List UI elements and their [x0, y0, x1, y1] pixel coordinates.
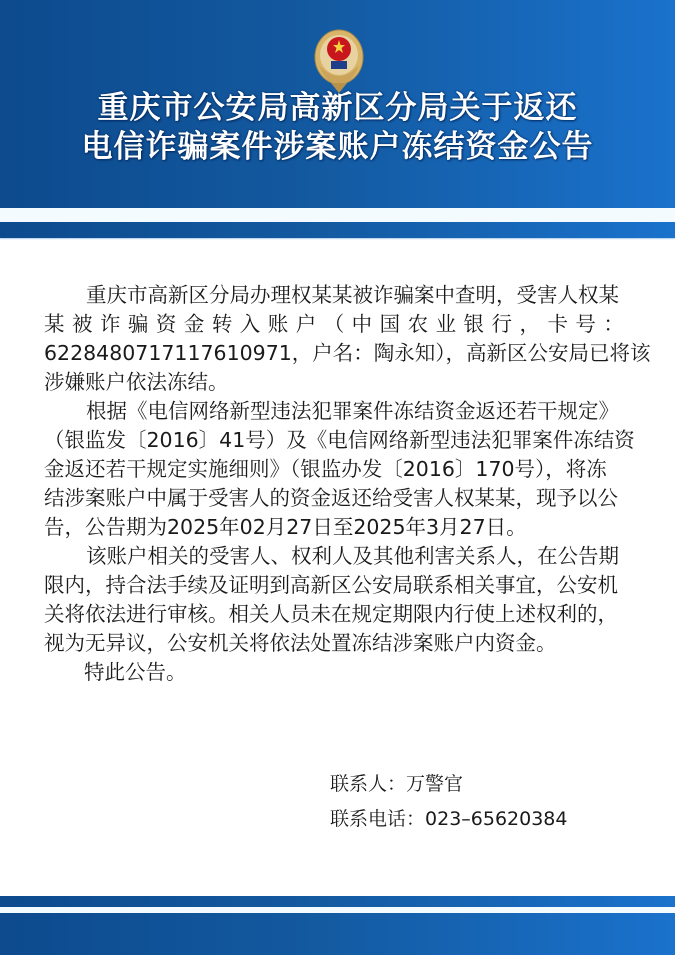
- announcement-title-line2: 电信诈骗案件涉案账户冻结资金公告: [0, 129, 675, 165]
- divider-stripe: [0, 896, 675, 907]
- divider-stripe: [0, 208, 675, 222]
- text-char: 某: [44, 310, 65, 339]
- text-char: 骗: [128, 310, 149, 339]
- text-char: 国: [380, 310, 401, 339]
- text-char: 号: [575, 310, 596, 339]
- text-char: 入: [240, 310, 261, 339]
- text-char: 资: [156, 310, 177, 339]
- contact-phone-number[interactable]: 023–65620384: [425, 808, 567, 830]
- text-char: 被: [72, 310, 93, 339]
- text-char: 卡: [547, 310, 568, 339]
- paragraph-legal-basis: 根据《电信网络新型违法犯罪案件冻结资金返还若干规定》 （银监发〔2016〕41号…: [44, 397, 624, 542]
- announcement-title-line1: 重庆市公安局高新区分局关于返还: [0, 90, 675, 126]
- text-line: 视为无异议，公安机关将依法处置冻结涉案账户内资金。: [44, 629, 624, 658]
- text-line: 结涉案账户中属于受害人的资金返还给受害人权某某，现予以公: [44, 484, 624, 513]
- text-line: 根据《电信网络新型违法犯罪案件冻结资金返还若干规定》: [44, 397, 624, 426]
- text-char: 银: [464, 310, 485, 339]
- text-char: 中: [352, 310, 373, 339]
- closing-statement: 特此公告。: [44, 658, 624, 687]
- text-char: （: [324, 310, 345, 339]
- divider-stripe: [0, 222, 675, 238]
- text-char: 行: [492, 310, 513, 339]
- text-line: 金返还若干规定实施细则》（银监办发〔2016〕170号），将冻: [44, 455, 624, 484]
- police-emblem-icon: [313, 25, 365, 95]
- paragraph-claim-instructions: 该账户相关的受害人、权利人及其他利害关系人，在公告期 限内，持合法手续及证明到高…: [44, 542, 624, 658]
- text-line: 重庆市高新区分局办理权某某被诈骗案中查明，受害人权某: [44, 281, 624, 310]
- contact-phone: 联系电话：023–65620384: [330, 802, 568, 837]
- announcement-body: 重庆市高新区分局办理权某某被诈骗案中查明，受害人权某 某被诈骗资金转入账户（中国…: [44, 281, 624, 687]
- text-line: 关将依法进行审核。相关人员未在规定期限内行使上述权利的，: [44, 600, 624, 629]
- contact-block: 联系人：万警官 联系电话：023–65620384: [330, 767, 568, 837]
- footer-banner: [0, 913, 675, 955]
- text-char: 转: [212, 310, 233, 339]
- contact-person-label: 联系人：: [330, 773, 406, 795]
- text-char: 户: [296, 310, 317, 339]
- text-line: 6228480717117610971，户名：陶永知），高新区公安局已将该: [44, 339, 624, 368]
- text-line: （银监发〔2016〕41号）及《电信网络新型违法犯罪案件冻结资: [44, 426, 624, 455]
- text-char: 诈: [100, 310, 121, 339]
- text-char: 业: [436, 310, 457, 339]
- text-line: 限内，持合法手续及证明到高新区公安局联系相关事宜，公安机: [44, 571, 624, 600]
- header-banner: 重庆市公安局高新区分局关于返还 电信诈骗案件涉案账户冻结资金公告: [0, 0, 675, 208]
- text-line: 告，公告期为2025年02月27日至2025年3月27日。: [44, 513, 624, 542]
- text-char: 农: [408, 310, 429, 339]
- text-char: ，: [519, 310, 540, 339]
- text-char: ：: [603, 310, 624, 339]
- text-line: 涉嫌账户依法冻结。: [44, 368, 624, 397]
- text-line: 某被诈骗资金转入账户（中国农业银行，卡号：: [44, 310, 624, 339]
- contact-person-name: 万警官: [406, 773, 463, 795]
- contact-person: 联系人：万警官: [330, 767, 568, 802]
- text-char: 账: [268, 310, 289, 339]
- contact-phone-label: 联系电话：: [330, 808, 425, 830]
- text-line: 该账户相关的受害人、权利人及其他利害关系人，在公告期: [44, 542, 624, 571]
- paragraph-case-details: 重庆市高新区分局办理权某某被诈骗案中查明，受害人权某 某被诈骗资金转入账户（中国…: [44, 281, 624, 397]
- text-char: 金: [184, 310, 205, 339]
